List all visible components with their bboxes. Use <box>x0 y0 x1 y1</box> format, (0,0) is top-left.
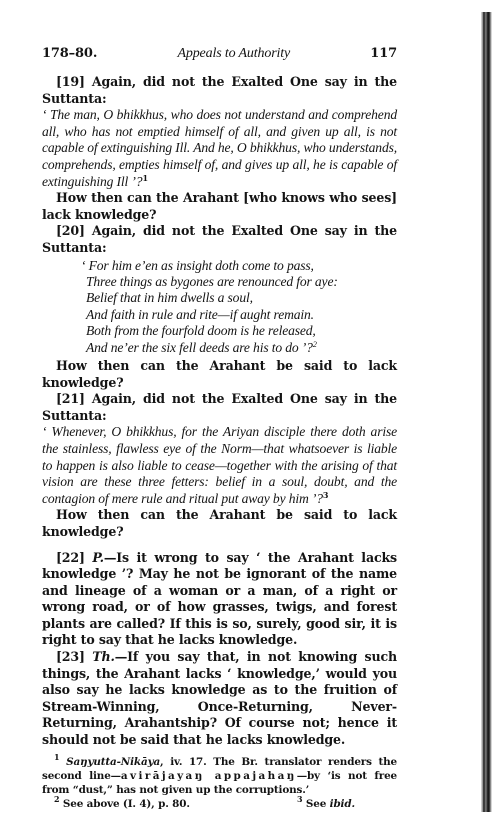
verse-line: Three things as bygones are renounced fo… <box>86 274 397 290</box>
footnote-text: See <box>306 798 330 810</box>
chapter-title: Appeals to Authority <box>177 46 290 63</box>
verse-line: And ne’er the six fell deeds are his to … <box>86 340 397 356</box>
verse-block: ‘ For him e’en as insight doth come to p… <box>86 258 397 356</box>
footnote-ref-3[interactable]: 3 <box>323 490 328 500</box>
source-title: Saŋyutta-Nikāya <box>66 756 160 768</box>
speaker-label: Th. <box>92 649 114 664</box>
footnote-1: 1 Saŋyutta-Nikāya, iv. 17. The Br. trans… <box>42 755 397 798</box>
running-head: 178–80. Appeals to Authority 117 <box>42 46 397 64</box>
section-range: 178–80. <box>42 46 97 63</box>
paragraph-21-quote: ‘ Whenever, O bhikkhus, for the Ariyan d… <box>42 424 397 507</box>
book-page: 178–80. Appeals to Authority 117 [19] Ag… <box>42 46 397 811</box>
footnote-text: See above (I. 4), p. 80. <box>63 798 190 810</box>
footnote-2: 2 See above (I. 4), p. 80. <box>42 797 297 811</box>
paragraph-19-quote: ‘ The man, O bhikkhus, who does not unde… <box>42 107 397 190</box>
paragraph-22: [22] P.—Is it wrong to say ‘ the Arahant… <box>42 550 397 650</box>
page-edge-scan-strip <box>481 12 492 812</box>
verse-line: ‘ For him e’en as insight doth come to p… <box>81 258 397 274</box>
footnote-mark: 2 <box>54 794 59 804</box>
paragraph-number: [23] <box>56 649 85 664</box>
paragraph-number: [22] <box>56 550 85 565</box>
footnotes: 1 Saŋyutta-Nikāya, iv. 17. The Br. trans… <box>42 755 397 812</box>
section-gap <box>42 541 397 550</box>
page-number: 117 <box>370 46 397 63</box>
footnote-ref-1[interactable]: 1 <box>142 173 147 183</box>
paragraph-20-question: How then can the Arahant be said to lack… <box>42 358 397 391</box>
quote-text: ‘ Whenever, O bhikkhus, for the Ariyan d… <box>42 424 397 505</box>
paragraph-19-question: How then can the Arahant [who knows who … <box>42 190 397 223</box>
footnote-3: 3 See ibid. <box>297 797 355 811</box>
footnote-mark: 3 <box>297 794 302 804</box>
quote-text: ‘ The man, O bhikkhus, who does not unde… <box>42 107 397 188</box>
verse-line: And faith in rule and rite—if aught rema… <box>86 307 397 323</box>
speaker-label: P. <box>92 550 103 565</box>
footnote-ref-2[interactable]: 2 <box>313 340 317 349</box>
pali-term: avirājayaŋ appajahaŋ <box>121 770 297 782</box>
paragraph-21-intro: [21] Again, did not the Exalted One say … <box>42 391 397 424</box>
footnote-row: 2 See above (I. 4), p. 80. 3 See ibid. <box>42 797 397 811</box>
paragraph-21-question: How then can the Arahant be said to lack… <box>42 507 397 540</box>
ibid-reference: ibid. <box>330 798 355 810</box>
verse-line-text: And ne’er the six fell deeds are his to … <box>86 340 313 355</box>
paragraph-19-intro: [19] Again, did not the Exalted One say … <box>42 74 397 107</box>
footnote-mark: 1 <box>54 752 59 762</box>
paragraph-20-intro: [20] Again, did not the Exalted One say … <box>42 223 397 256</box>
verse-line: Belief that in him dwells a soul, <box>86 290 397 306</box>
verse-line: Both from the fourfold doom is he releas… <box>86 323 397 339</box>
paragraph-23: [23] Th.—If you say that, in not knowing… <box>42 649 397 749</box>
